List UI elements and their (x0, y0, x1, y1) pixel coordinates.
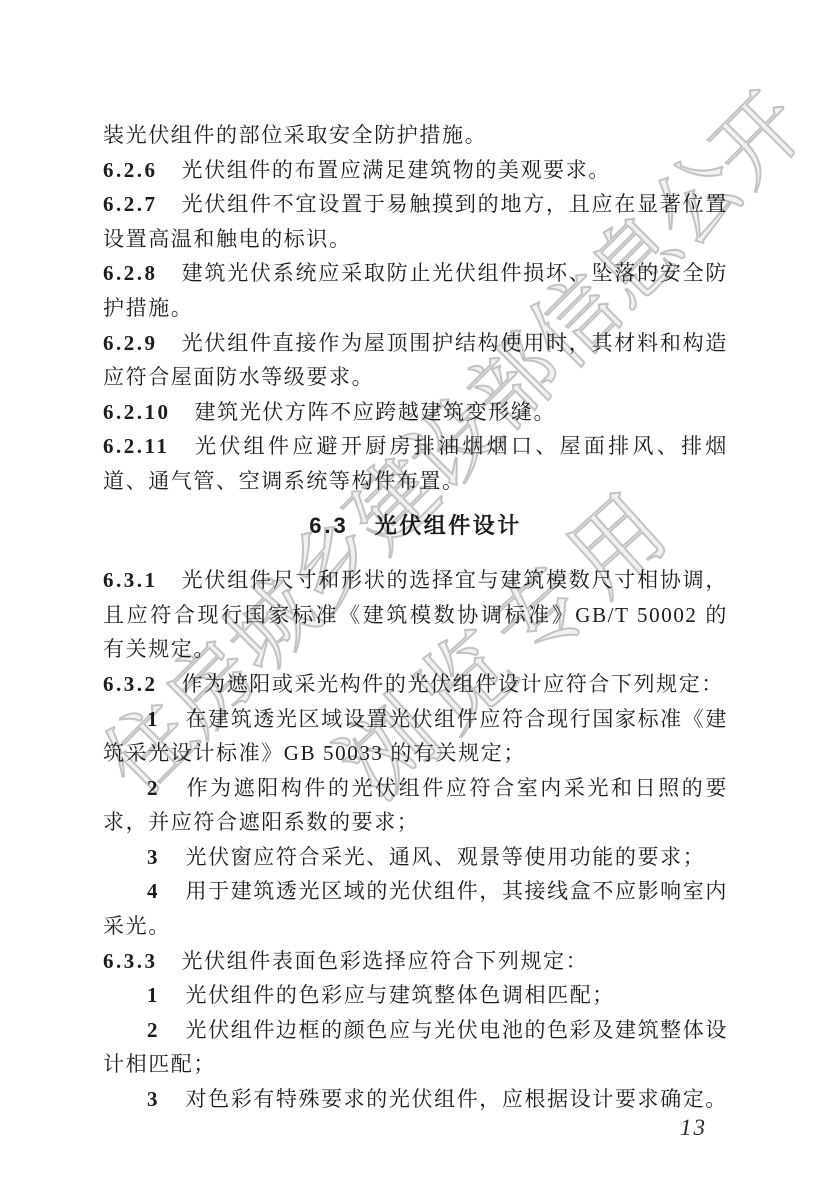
sub-item-number: 1 (147, 707, 158, 731)
sub-item-text: 光伏组件的色彩应与建筑整体色调相匹配； (186, 983, 615, 1007)
sub-item-number: 3 (147, 845, 158, 869)
clause-text: 光伏组件尺寸和形状的选择宜与建筑模数尺寸相协调，且应符合现行国家标准《建筑模数协… (103, 568, 728, 661)
sub-item: 3光伏窗应符合采光、通风、观景等使用功能的要求； (103, 840, 728, 875)
clause-text: 作为遮阳或采光构件的光伏组件设计应符合下列规定： (182, 672, 724, 696)
sub-item: 1光伏组件的色彩应与建筑整体色调相匹配； (103, 978, 728, 1013)
sub-item-number: 2 (147, 1018, 158, 1042)
clause-paragraph: 6.3.3光伏组件表面色彩选择应符合下列规定： (103, 944, 728, 979)
clause-text: 光伏组件直接作为屋顶围护结构使用时，其材料和构造应符合屋面防水等级要求。 (103, 331, 728, 390)
sub-item-number: 2 (147, 776, 158, 800)
page-number: 13 (680, 1115, 707, 1141)
clause-number: 6.2.11 (103, 434, 169, 458)
clause-number: 6.3.1 (103, 568, 158, 592)
clause-number: 6.2.7 (103, 192, 158, 216)
clause-number: 6.2.10 (103, 400, 171, 424)
clause-text: 光伏组件应避开厨房排油烟烟口、屋面排风、排烟道、通气管、空调系统等构件布置。 (103, 434, 728, 493)
clause-number: 6.3.2 (103, 672, 158, 696)
document-page: 住房城乡建设部信息公开 浏览专用 装光伏组件的部位采取安全防护措施。 6.2.6… (0, 0, 828, 1198)
section-heading: 6.3光伏组件设计 (103, 509, 728, 544)
clause-number: 6.2.9 (103, 331, 158, 355)
clause-number: 6.3.3 (103, 949, 158, 973)
clause-paragraph: 6.3.2作为遮阳或采光构件的光伏组件设计应符合下列规定： (103, 667, 728, 702)
sub-item-number: 3 (147, 1087, 158, 1111)
sub-item-number: 1 (147, 983, 158, 1007)
page-body: 装光伏组件的部位采取安全防护措施。 6.2.6光伏组件的布置应满足建筑物的美观要… (103, 118, 728, 1117)
clause-text: 建筑光伏系统应采取防止光伏组件损坏、坠落的安全防护措施。 (103, 261, 728, 320)
clause-paragraph: 6.2.10建筑光伏方阵不应跨越建筑变形缝。 (103, 395, 728, 430)
sub-item: 1在建筑透光区域设置光伏组件应符合现行国家标准《建筑采光设计标准》GB 5003… (103, 702, 728, 771)
sub-item-text: 在建筑透光区域设置光伏组件应符合现行国家标准《建筑采光设计标准》GB 50033… (103, 707, 728, 766)
section-title: 光伏组件设计 (375, 513, 522, 538)
section-number: 6.3 (309, 513, 349, 538)
clause-text: 建筑光伏方阵不应跨越建筑变形缝。 (195, 400, 557, 424)
clause-number: 6.2.6 (103, 158, 158, 182)
sub-item-text: 光伏组件边框的颜色应与光伏电池的色彩及建筑整体设计相匹配； (103, 1018, 728, 1077)
sub-item-number: 4 (147, 879, 158, 903)
clause-paragraph: 6.2.7光伏组件不宜设置于易触摸到的地方，且应在显著位置设置高温和触电的标识。 (103, 187, 728, 256)
sub-item: 2作为遮阳构件的光伏组件应符合室内采光和日照的要求，并应符合遮阳系数的要求； (103, 771, 728, 840)
continuation-paragraph: 装光伏组件的部位采取安全防护措施。 (103, 118, 728, 153)
clause-paragraph: 6.2.6光伏组件的布置应满足建筑物的美观要求。 (103, 153, 728, 188)
paragraph-text: 装光伏组件的部位采取安全防护措施。 (103, 123, 487, 147)
sub-item-text: 作为遮阳构件的光伏组件应符合室内采光和日照的要求，并应符合遮阳系数的要求； (103, 776, 728, 835)
clause-number: 6.2.8 (103, 261, 158, 285)
sub-item-text: 光伏窗应符合采光、通风、观景等使用功能的要求； (186, 845, 706, 869)
sub-item: 4用于建筑透光区域的光伏组件，其接线盒不应影响室内采光。 (103, 874, 728, 943)
clause-paragraph: 6.2.9光伏组件直接作为屋顶围护结构使用时，其材料和构造应符合屋面防水等级要求… (103, 326, 728, 395)
clause-text: 光伏组件表面色彩选择应符合下列规定： (182, 949, 589, 973)
clause-text: 光伏组件不宜设置于易触摸到的地方，且应在显著位置设置高温和触电的标识。 (103, 192, 728, 251)
sub-item-text: 对色彩有特殊要求的光伏组件，应根据设计要求确定。 (186, 1087, 728, 1111)
clause-paragraph: 6.3.1光伏组件尺寸和形状的选择宜与建筑模数尺寸相协调，且应符合现行国家标准《… (103, 563, 728, 667)
clause-text: 光伏组件的布置应满足建筑物的美观要求。 (182, 158, 611, 182)
clause-paragraph: 6.2.11光伏组件应避开厨房排油烟烟口、屋面排风、排烟道、通气管、空调系统等构… (103, 429, 728, 498)
sub-item: 2光伏组件边框的颜色应与光伏电池的色彩及建筑整体设计相匹配； (103, 1013, 728, 1082)
sub-item-text: 用于建筑透光区域的光伏组件，其接线盒不应影响室内采光。 (103, 879, 728, 938)
clause-paragraph: 6.2.8建筑光伏系统应采取防止光伏组件损坏、坠落的安全防护措施。 (103, 256, 728, 325)
sub-item: 3对色彩有特殊要求的光伏组件，应根据设计要求确定。 (103, 1082, 728, 1117)
